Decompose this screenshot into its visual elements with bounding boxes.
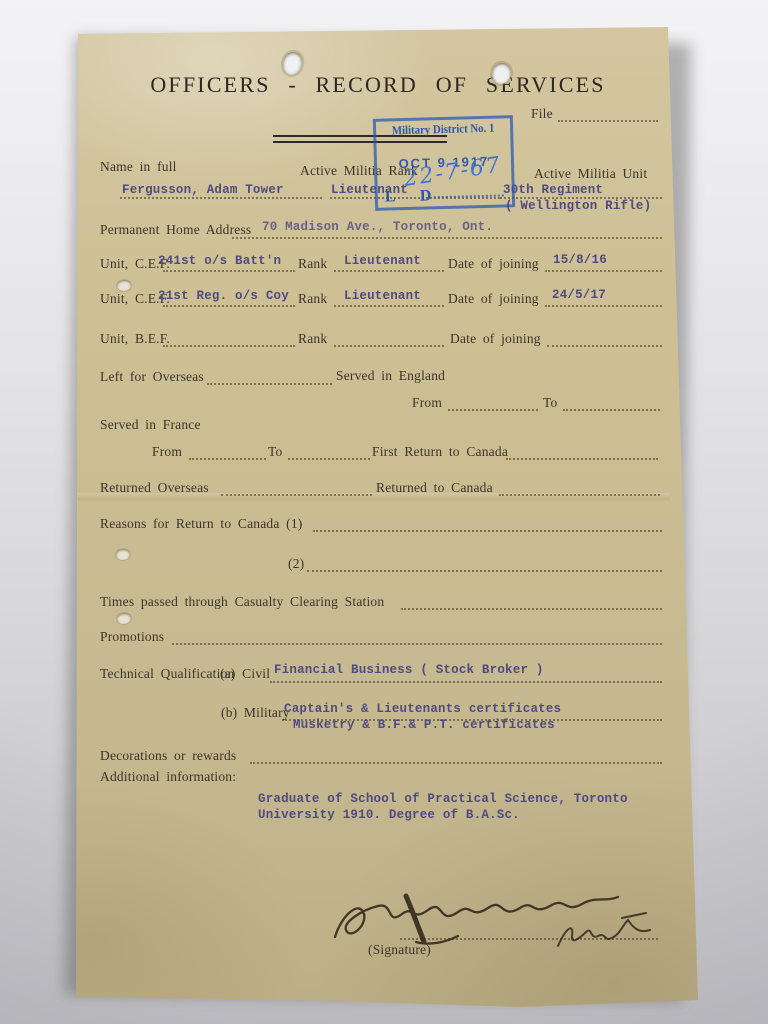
rank-label-3: Rank bbox=[298, 331, 327, 347]
from-england-label: From bbox=[412, 395, 442, 411]
stamp-ref-l: L bbox=[385, 188, 396, 206]
promotions-label: Promotions bbox=[100, 629, 164, 645]
typed-rank-1: Lieutenant bbox=[344, 254, 421, 268]
stamp-title: Military District No. 1 bbox=[377, 120, 509, 138]
returned-overseas-dotline bbox=[221, 494, 372, 496]
first-return-dotline bbox=[506, 458, 658, 460]
to-dotline bbox=[563, 409, 660, 411]
district-stamp: Military District No. 1 OCT 9 1917 22-7-… bbox=[373, 115, 515, 211]
rank-label-1: Rank bbox=[298, 256, 327, 272]
form-title: OFFICERS - RECORD OF SERVICES bbox=[98, 72, 658, 98]
document-paper: OFFICERS - RECORD OF SERVICES File Name … bbox=[0, 0, 768, 1024]
typed-unit-2: 21st Reg. o/s Coy bbox=[158, 289, 289, 303]
date-joining-label-3: Date of joining bbox=[450, 331, 541, 347]
first-return-label: First Return to Canada bbox=[372, 444, 508, 460]
typed-regiment: 30th Regiment bbox=[503, 183, 603, 197]
date-dotline bbox=[545, 270, 662, 272]
date-dotline bbox=[547, 345, 662, 347]
file-label: File bbox=[531, 106, 553, 122]
to-france-label: To bbox=[268, 444, 282, 460]
from-france-label: From bbox=[152, 444, 182, 460]
returned-canada-label: Returned to Canada bbox=[376, 480, 493, 496]
typed-additional-2: University 1910. Degree of B.A.Sc. bbox=[258, 808, 520, 822]
served-in-england-label: Served in England bbox=[336, 368, 445, 384]
rank-label-2: Rank bbox=[298, 291, 327, 307]
typed-regiment-2: ( Wellington Rifle) bbox=[505, 199, 651, 213]
unit-dotline bbox=[163, 270, 295, 272]
technical-military-label: (b) Military bbox=[221, 705, 290, 721]
civil-dotline bbox=[270, 681, 662, 683]
stamp-dotted-line bbox=[434, 194, 504, 198]
typed-additional-1: Graduate of School of Practical Science,… bbox=[258, 792, 628, 806]
additional-info-label: Additional information: bbox=[100, 769, 236, 785]
address-dotted-line bbox=[232, 237, 662, 239]
file-dotted-line bbox=[558, 120, 658, 122]
stamp-ref-d: D bbox=[420, 187, 432, 205]
typed-unit-1: 241st o/s Batt'n bbox=[158, 254, 281, 268]
typed-date-2: 24/5/17 bbox=[552, 288, 606, 302]
left-for-overseas-label: Left for Overseas bbox=[100, 369, 204, 385]
casualty-dotline bbox=[401, 608, 662, 610]
promotions-dotline bbox=[172, 643, 662, 645]
returned-overseas-label: Returned Overseas bbox=[100, 480, 209, 496]
photo-background: OFFICERS - RECORD OF SERVICES File Name … bbox=[0, 0, 768, 1024]
rank-dotline bbox=[334, 345, 444, 347]
typed-name: Fergusson, Adam Tower bbox=[122, 183, 284, 197]
date-joining-label-2: Date of joining bbox=[448, 291, 539, 307]
typed-military-qualification-2: Musketry & B.F.& P.T. certificates bbox=[293, 718, 555, 732]
unit-dotline bbox=[163, 305, 295, 307]
signature-handwriting bbox=[320, 882, 670, 960]
to-england-label: To bbox=[543, 395, 557, 411]
decorations-label: Decorations or rewards bbox=[100, 748, 236, 764]
from-dotline bbox=[448, 409, 538, 411]
typed-civil-qualification: Financial Business ( Stock Broker ) bbox=[274, 663, 544, 677]
reasons-label: Reasons for Return to Canada (1) bbox=[100, 516, 302, 532]
from-dotline bbox=[189, 458, 266, 460]
technical-civil-label: (a) Civil bbox=[220, 666, 270, 682]
unit-dotline bbox=[163, 345, 295, 347]
served-in-france-label: Served in France bbox=[100, 417, 201, 433]
rank-dotline bbox=[334, 270, 444, 272]
typed-rank-2: Lieutenant bbox=[344, 289, 421, 303]
address-label: Permanent Home Address bbox=[100, 222, 251, 238]
typed-address: 70 Madison Ave., Toronto, Ont. bbox=[262, 220, 493, 234]
header-active-militia-unit: Active Militia Unit bbox=[534, 166, 647, 182]
rank-dotline bbox=[334, 305, 444, 307]
returned-canada-dotline bbox=[499, 494, 660, 496]
technical-label: Technical Qualification bbox=[100, 666, 234, 682]
date-joining-label-1: Date of joining bbox=[448, 256, 539, 272]
unit-bef-label: Unit, B.E.F. bbox=[100, 331, 170, 347]
casualty-label: Times passed through Casualty Clearing S… bbox=[100, 594, 384, 610]
to-dotline bbox=[288, 458, 370, 460]
reasons-2-dotline bbox=[307, 570, 662, 572]
reasons-2-label: (2) bbox=[288, 556, 304, 572]
decorations-dotline bbox=[250, 762, 662, 764]
overseas-dotline bbox=[207, 383, 332, 385]
reasons-dotline bbox=[313, 530, 662, 532]
typed-date-1: 15/8/16 bbox=[553, 253, 607, 267]
typed-military-qualification-1: Captain's & Lieutenants certificates bbox=[284, 702, 561, 716]
date-dotline bbox=[545, 305, 662, 307]
header-name-in-full: Name in full bbox=[100, 159, 177, 175]
signature-rank-script bbox=[558, 913, 650, 946]
name-dotted-line bbox=[120, 197, 322, 199]
